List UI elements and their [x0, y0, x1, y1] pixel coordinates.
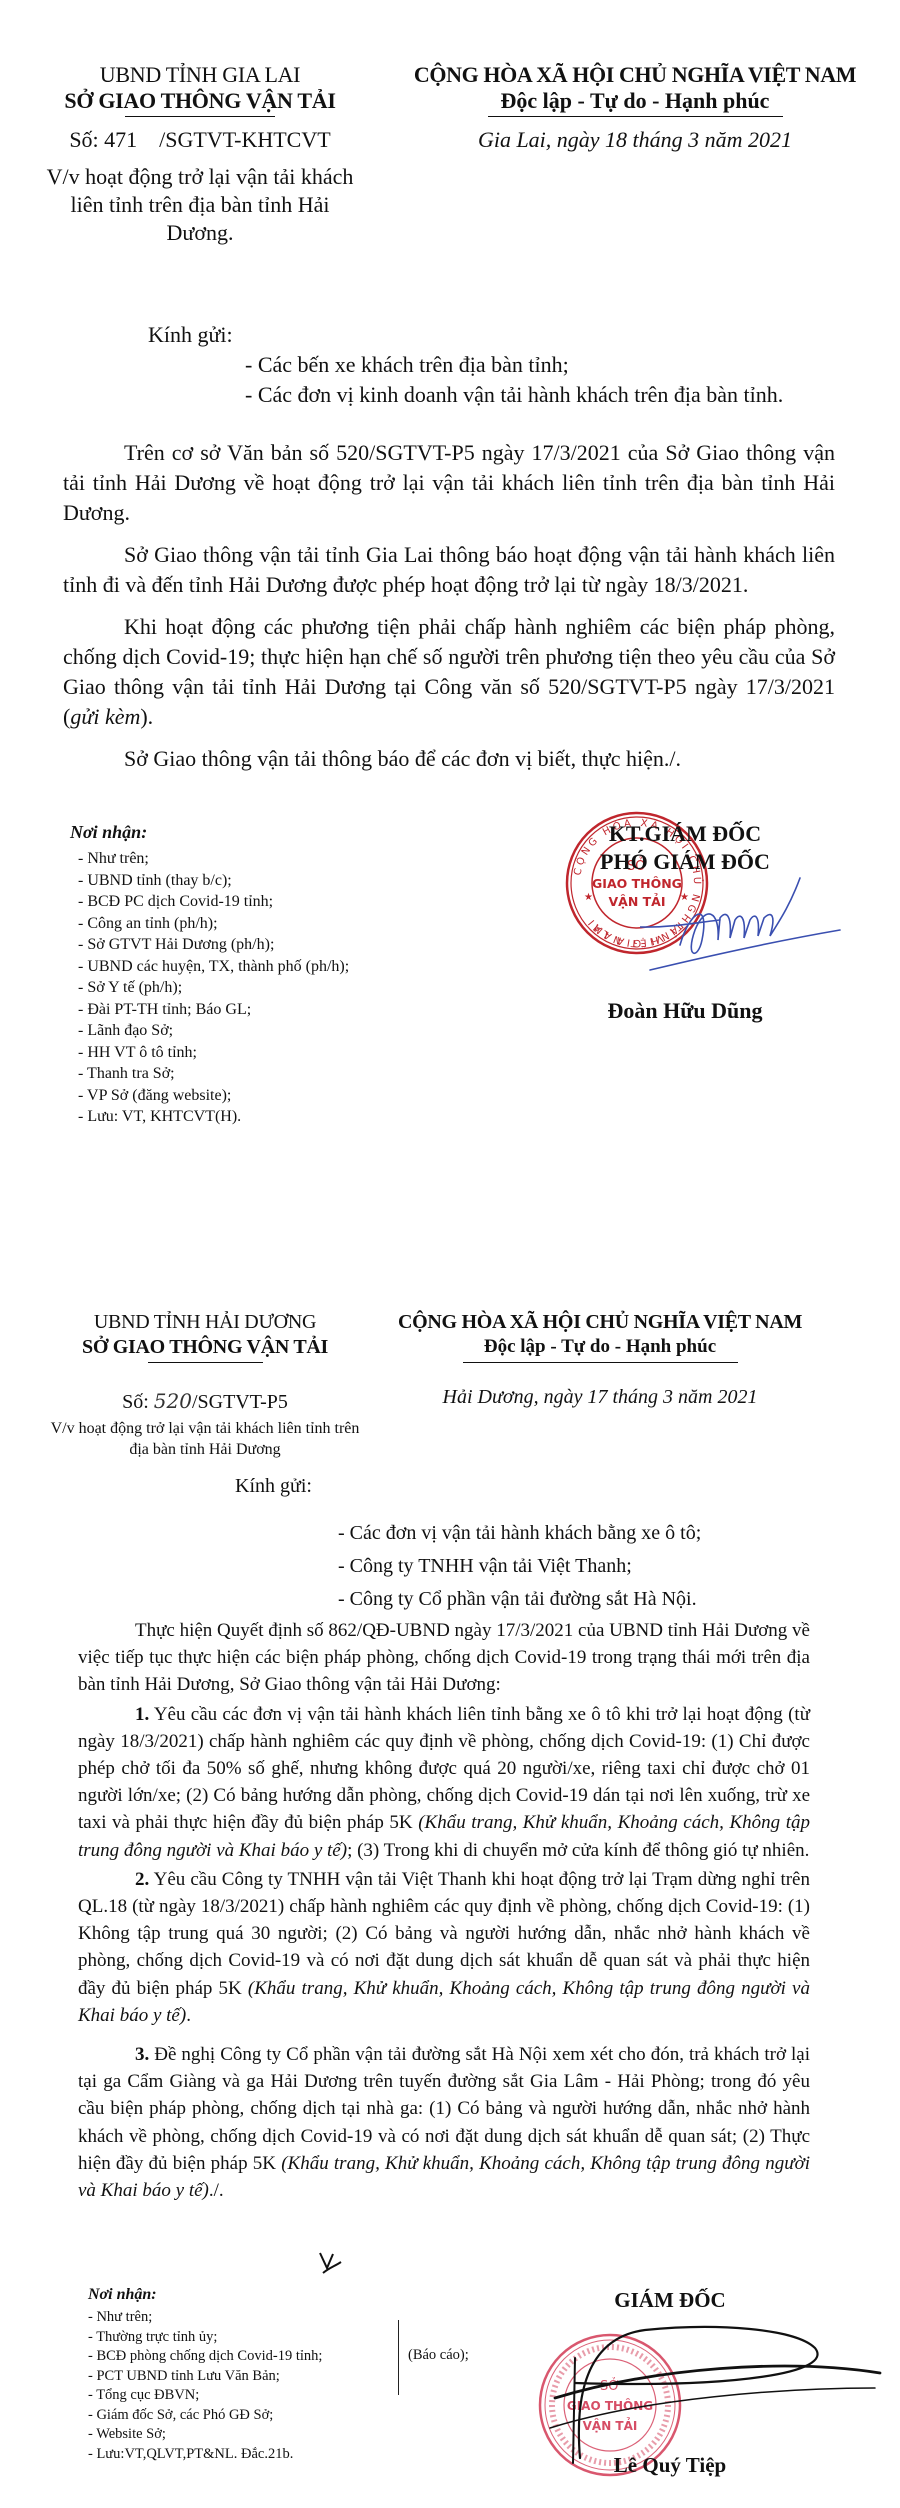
doc2-handwritten-signature	[535, 2318, 895, 2468]
doc1-paragraph-text: Khi hoạt động các phương tiện phải chấp …	[63, 614, 835, 699]
doc1-motto: Độc lập - Tự do - Hạnh phúc	[390, 88, 880, 114]
doc2-distribution-item: - PCT UBND tỉnh Lưu Văn Bản;	[88, 2367, 322, 2387]
doc1-recipient: - Các bến xe khách trên địa bàn tỉnh;	[245, 350, 783, 380]
doc2-item-tail: ; (3) Trong khi di chuyển mở cửa kính để…	[347, 1840, 809, 1861]
doc1-distribution-item: - Đài PT-TH tỉnh; Báo GL;	[78, 999, 349, 1021]
doc2-subject: V/v hoạt động trở lại vận tải khách liên…	[40, 1418, 370, 1460]
doc2-item-number: 3.	[135, 2044, 149, 2065]
doc1-handwritten-signature	[640, 870, 850, 980]
doc1-distribution-item: - HH VT ô tô tỉnh;	[78, 1042, 349, 1064]
doc2-distribution-item: - BCĐ phòng chống dịch Covid-19 tỉnh;	[88, 2347, 322, 2367]
doc2-distribution-item: - Như trên;	[88, 2308, 322, 2328]
doc2-initials-mark	[315, 2248, 345, 2278]
doc2-item-number: 1.	[135, 1704, 149, 1725]
doc2-national-title: CỘNG HÒA XÃ HỘI CHỦ NGHĨA VIỆT NAM	[360, 1310, 840, 1334]
doc1-org-parent: UBND TỈNH GIA LAI	[40, 62, 360, 88]
doc1-distribution-item: - Như trên;	[78, 848, 349, 870]
doc1-subject: V/v hoạt động trở lại vận tải khách liên…	[40, 163, 360, 247]
doc1-distribution-item: - Công an tỉnh (ph/h);	[78, 913, 349, 935]
doc1-org-underline	[125, 116, 275, 117]
doc2-doc-number-handwritten: 520	[154, 1389, 192, 1413]
doc2-motto-underline	[463, 1362, 738, 1363]
doc2-date-line: Hải Dương, ngày 17 tháng 3 năm 2021	[360, 1385, 840, 1409]
doc1-signer-name: Đoàn Hữu Dũng	[560, 998, 810, 1024]
doc2-item-3: 3. Đề nghị Công ty Cổ phần vận tải đường…	[78, 2041, 810, 2204]
doc2-item-tail: ./.	[209, 2180, 224, 2201]
doc1-issuer-block: UBND TỈNH GIA LAI SỞ GIAO THÔNG VẬN TẢI …	[40, 62, 360, 247]
doc1-body: Trên cơ sở Văn bản số 520/SGTVT-P5 ngày …	[63, 438, 835, 786]
doc1-date-line: Gia Lai, ngày 18 tháng 3 năm 2021	[390, 127, 880, 153]
doc1-distribution-item: - Thanh tra Sở;	[78, 1063, 349, 1085]
doc2-doc-number-suffix: /SGTVT-P5	[192, 1391, 288, 1413]
doc2-doc-number-prefix: Số:	[122, 1391, 154, 1413]
doc1-org-name: SỞ GIAO THÔNG VẬN TẢI	[40, 88, 360, 114]
doc1-paragraph: Sở Giao thông vận tải tỉnh Gia Lai thông…	[63, 540, 835, 600]
doc1-distribution-item: - UBND tỉnh (thay b/c);	[78, 870, 349, 892]
doc1-paragraph: Khi hoạt động các phương tiện phải chấp …	[63, 612, 835, 732]
doc2-body: Thực hiện Quyết định số 862/QĐ-UBND ngày…	[78, 1617, 810, 2206]
doc2-org-name: SỞ GIAO THÔNG VẬN TẢI	[40, 1334, 370, 1360]
doc2-item-1: 1. Yêu cầu các đơn vị vận tải hành khách…	[78, 1701, 810, 1864]
doc2-distribution-list: - Như trên;- Thường trực tỉnh ủy;- BCĐ p…	[88, 2308, 322, 2464]
doc1-national-title: CỘNG HÒA XÃ HỘI CHỦ NGHĨA VIỆT NAM	[390, 62, 880, 88]
doc2-item-number: 2.	[135, 1869, 149, 1890]
doc1-distribution-item: - Sở GTVT Hải Dương (ph/h);	[78, 934, 349, 956]
doc1-recipients: - Các bến xe khách trên địa bàn tỉnh; - …	[245, 350, 783, 410]
doc1-recipient: - Các đơn vị kinh doanh vận tải hành khá…	[245, 380, 783, 410]
doc2-doc-number: Số: 520/SGTVT-P5	[40, 1389, 370, 1414]
doc2-distribution-item: - Thường trực tỉnh ủy;	[88, 2328, 322, 2348]
doc2-distribution-item: - Website Sở;	[88, 2425, 322, 2445]
doc1-distribution-list: - Như trên;- UBND tỉnh (thay b/c);- BCĐ …	[78, 848, 349, 1128]
doc1-distribution-item: - VP Sở (đăng website);	[78, 1085, 349, 1107]
doc2-org-underline	[148, 1362, 263, 1363]
doc1-distribution-item: - Lưu: VT, KHTCVT(H).	[78, 1106, 349, 1128]
doc2-issuer-block: UBND TỈNH HẢI DƯƠNG SỞ GIAO THÔNG VẬN TẢ…	[40, 1310, 370, 1460]
doc2-distribution-note: (Báo cáo);	[408, 2347, 469, 2364]
doc2-motto: Độc lập - Tự do - Hạnh phúc	[360, 1334, 840, 1360]
doc1-distribution-item: - UBND các huyện, TX, thành phố (ph/h);	[78, 956, 349, 978]
doc2-distribution-item: - Lưu:VT,QLVT,PT&NL. Đắc.21b.	[88, 2445, 322, 2465]
doc2-greeting: Kính gửi:	[235, 1475, 312, 1498]
doc2-national-block: CỘNG HÒA XÃ HỘI CHỦ NGHĨA VIỆT NAM Độc l…	[360, 1310, 840, 1409]
doc2-item-tail: .	[186, 2005, 191, 2026]
doc2-signer-title: GIÁM ĐỐC	[560, 2288, 780, 2313]
doc1-paragraph: Trên cơ sở Văn bản số 520/SGTVT-P5 ngày …	[63, 438, 835, 528]
doc1-doc-number: Số: 471 /SGTVT-KHTCVT	[40, 127, 360, 153]
doc2-distribution-bracket	[398, 2320, 399, 2395]
doc2-recipient: - Công ty Cổ phần vận tải đường sắt Hà N…	[338, 1583, 701, 1616]
doc2-distribution-title: Nơi nhận:	[88, 2286, 157, 2304]
doc1-national-block: CỘNG HÒA XÃ HỘI CHỦ NGHĨA VIỆT NAM Độc l…	[390, 62, 880, 153]
doc1-motto-underline	[488, 116, 783, 117]
doc1-distribution-item: - BCĐ PC dịch Covid-19 tỉnh;	[78, 891, 349, 913]
doc1-greeting: Kính gửi:	[148, 322, 233, 348]
doc2-recipients: - Các đơn vị vận tải hành khách bằng xe …	[338, 1517, 701, 1616]
doc1-attachment-note: gửi kèm	[70, 704, 140, 729]
doc1-signer-title: KT.GIÁM ĐỐC	[560, 820, 810, 848]
doc2-recipient: - Các đơn vị vận tải hành khách bằng xe …	[338, 1517, 701, 1550]
doc1-paragraph: Sở Giao thông vận tải thông báo để các đ…	[63, 744, 835, 774]
doc2-item-2: 2. Yêu cầu Công ty TNHH vận tải Việt Tha…	[78, 1866, 810, 2029]
doc2-distribution-item: - Giám đốc Sở, các Phó GĐ Sở;	[88, 2406, 322, 2426]
doc2-distribution-item: - Tổng cục ĐBVN;	[88, 2386, 322, 2406]
doc1-distribution-title: Nơi nhận:	[70, 822, 147, 843]
doc2-recipient: - Công ty TNHH vận tải Việt Thanh;	[338, 1550, 701, 1583]
doc2-org-parent: UBND TỈNH HẢI DƯƠNG	[40, 1310, 370, 1334]
doc1-distribution-item: - Sở Y tế (ph/h);	[78, 977, 349, 999]
doc2-intro: Thực hiện Quyết định số 862/QĐ-UBND ngày…	[78, 1617, 810, 1699]
doc1-distribution-item: - Lãnh đạo Sở;	[78, 1020, 349, 1042]
